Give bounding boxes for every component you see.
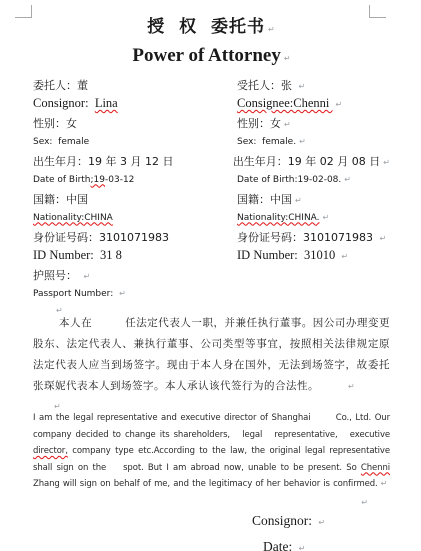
paragraph-mark-icon: ↵ [284,120,291,129]
empty-paragraph: ↵ [33,397,390,410]
paragraph-mark-icon: ↵ [299,82,306,91]
document-title-chinese: 授 权 委托书↵ [33,14,390,41]
title-cn-text: 授 权 委托书 [147,17,265,37]
paragraph-mark-icon: ↵ [335,100,342,109]
date-signature-label: Date: [263,539,296,551]
field-birthdate-cn-right: 出生年月：19 年 02 月 08 日↵ [233,153,390,169]
field-birthdate-en-left: Date of Birth;19-03-12 [33,175,237,185]
signature-block: Consignor: ↵ Date: ↵ [33,511,390,551]
field-nationality-cn-left: 国籍：中国 [33,191,237,207]
field-id-en-left: ID Number: 31 8 [33,248,237,263]
row-party-names-en: Consignor: Lina Consignee:Chenni ↵ [33,94,390,113]
paragraph-mark-icon: ↵ [119,289,126,298]
paragraph-mark-icon: ↵ [323,213,330,222]
field-passport-cn: 护照号： ↵ [33,267,237,283]
empty-paragraph: ↵ [33,303,390,313]
paragraph-mark-icon: ↵ [379,234,386,243]
field-consignee-en: Consignee:Chenni ↵ [237,96,390,111]
row-sex-en: Sex: female Sex: female.↵ [33,132,390,151]
paragraph-mark-icon: ↵ [322,376,355,397]
paragraph-mark-icon: ↵ [299,539,306,551]
field-consignor-cn: 委托人：董 [33,77,237,93]
row-passport-cn: 护照号： ↵ [33,265,390,284]
paragraph-mark-icon: ↵ [383,158,390,167]
paragraph-mark-icon: ↵ [84,272,91,281]
authorization-paragraph-english: I am the legal representative and execut… [33,410,390,493]
field-consignor-en: Consignor: Lina [33,96,237,111]
row-nationality-en: Nationality:CHINA Nationality:CHINA.↵ [33,208,390,227]
title-en-text: Power of Attorney [132,45,280,66]
document-body: 授 权 委托书↵ Power of Attorney↵ 委托人：董 受托人：张 … [33,14,390,551]
field-sex-cn-left: 性别：女 [33,115,237,131]
row-party-names-cn: 委托人：董 受托人：张 ↵ [33,75,390,94]
paragraph-mark-icon: ↵ [361,496,368,509]
paragraph-mark-icon: ↵ [284,44,291,74]
field-nationality-en-left: Nationality:CHINA [33,213,237,223]
row-sex-cn: 性别：女 性别：女↵ [33,113,390,132]
paragraph-mark-icon: ↵ [318,513,325,533]
row-birthdate-cn: 出生年月：19 年 3 月 12 日 出生年月：19 年 02 月 08 日↵ [33,151,390,170]
paragraph-mark-icon: ↵ [381,476,388,493]
row-passport-en: Passport Number: ↵ [33,284,390,303]
field-sex-cn-right: 性别：女↵ [237,115,390,131]
margin-corner-top-left-mark [15,5,32,18]
row-nationality-cn: 国籍：中国 国籍：中国↵ [33,189,390,208]
consignor-signature-label: Consignor: [252,513,315,528]
signature-consignor-line: Consignor: ↵ [33,511,390,531]
row-id-number-en: ID Number: 31 8 ID Number: 31010 ↵ [33,246,390,265]
field-passport-en: Passport Number: ↵ [33,289,237,299]
field-id-cn-right: 身份证号码：3101071983 ↵ [237,229,390,245]
field-nationality-en-right: Nationality:CHINA.↵ [237,213,390,223]
signature-date-line: Date: ↵ [33,537,390,551]
paragraph-mark-icon: ↵ [341,252,348,261]
field-consignee-cn: 受托人：张 ↵ [237,77,390,93]
paragraph-mark-icon: ↵ [268,16,276,43]
authorization-paragraph-chinese: 本人在 任法定代表人一职，并兼任执行董事。因公司办理变更股东、法定代表人、兼执行… [33,313,390,397]
field-nationality-cn-right: 国籍：中国↵ [237,191,390,207]
empty-paragraph: ↵ [33,493,390,506]
paragraph-mark-icon: ↵ [295,196,302,205]
row-birthdate-en: Date of Birth;19-03-12 Date of Birth:19-… [33,170,390,189]
paragraph-mark-icon: ↵ [344,175,351,184]
field-sex-en-left: Sex: female [33,137,237,147]
field-id-cn-left: 身份证号码：3101071983 [33,229,237,245]
word-document-page: { "pilcrow": "\u21b5", "accent_colors": … [0,0,421,551]
parties-info-table: 委托人：董 受托人：张 ↵ Consignor: Lina Consignee:… [33,75,390,303]
field-sex-en-right: Sex: female.↵ [237,137,390,147]
field-id-en-right: ID Number: 31010 ↵ [237,248,390,263]
field-birthdate-cn-left: 出生年月：19 年 3 月 12 日 [33,153,233,169]
field-birthdate-en-right: Date of Birth:19-02-08.↵ [237,175,390,185]
paragraph-mark-icon: ↵ [299,137,306,146]
document-title-english: Power of Attorney↵ [33,41,390,71]
row-id-number-cn: 身份证号码：3101071983 身份证号码：3101071983 ↵ [33,227,390,246]
